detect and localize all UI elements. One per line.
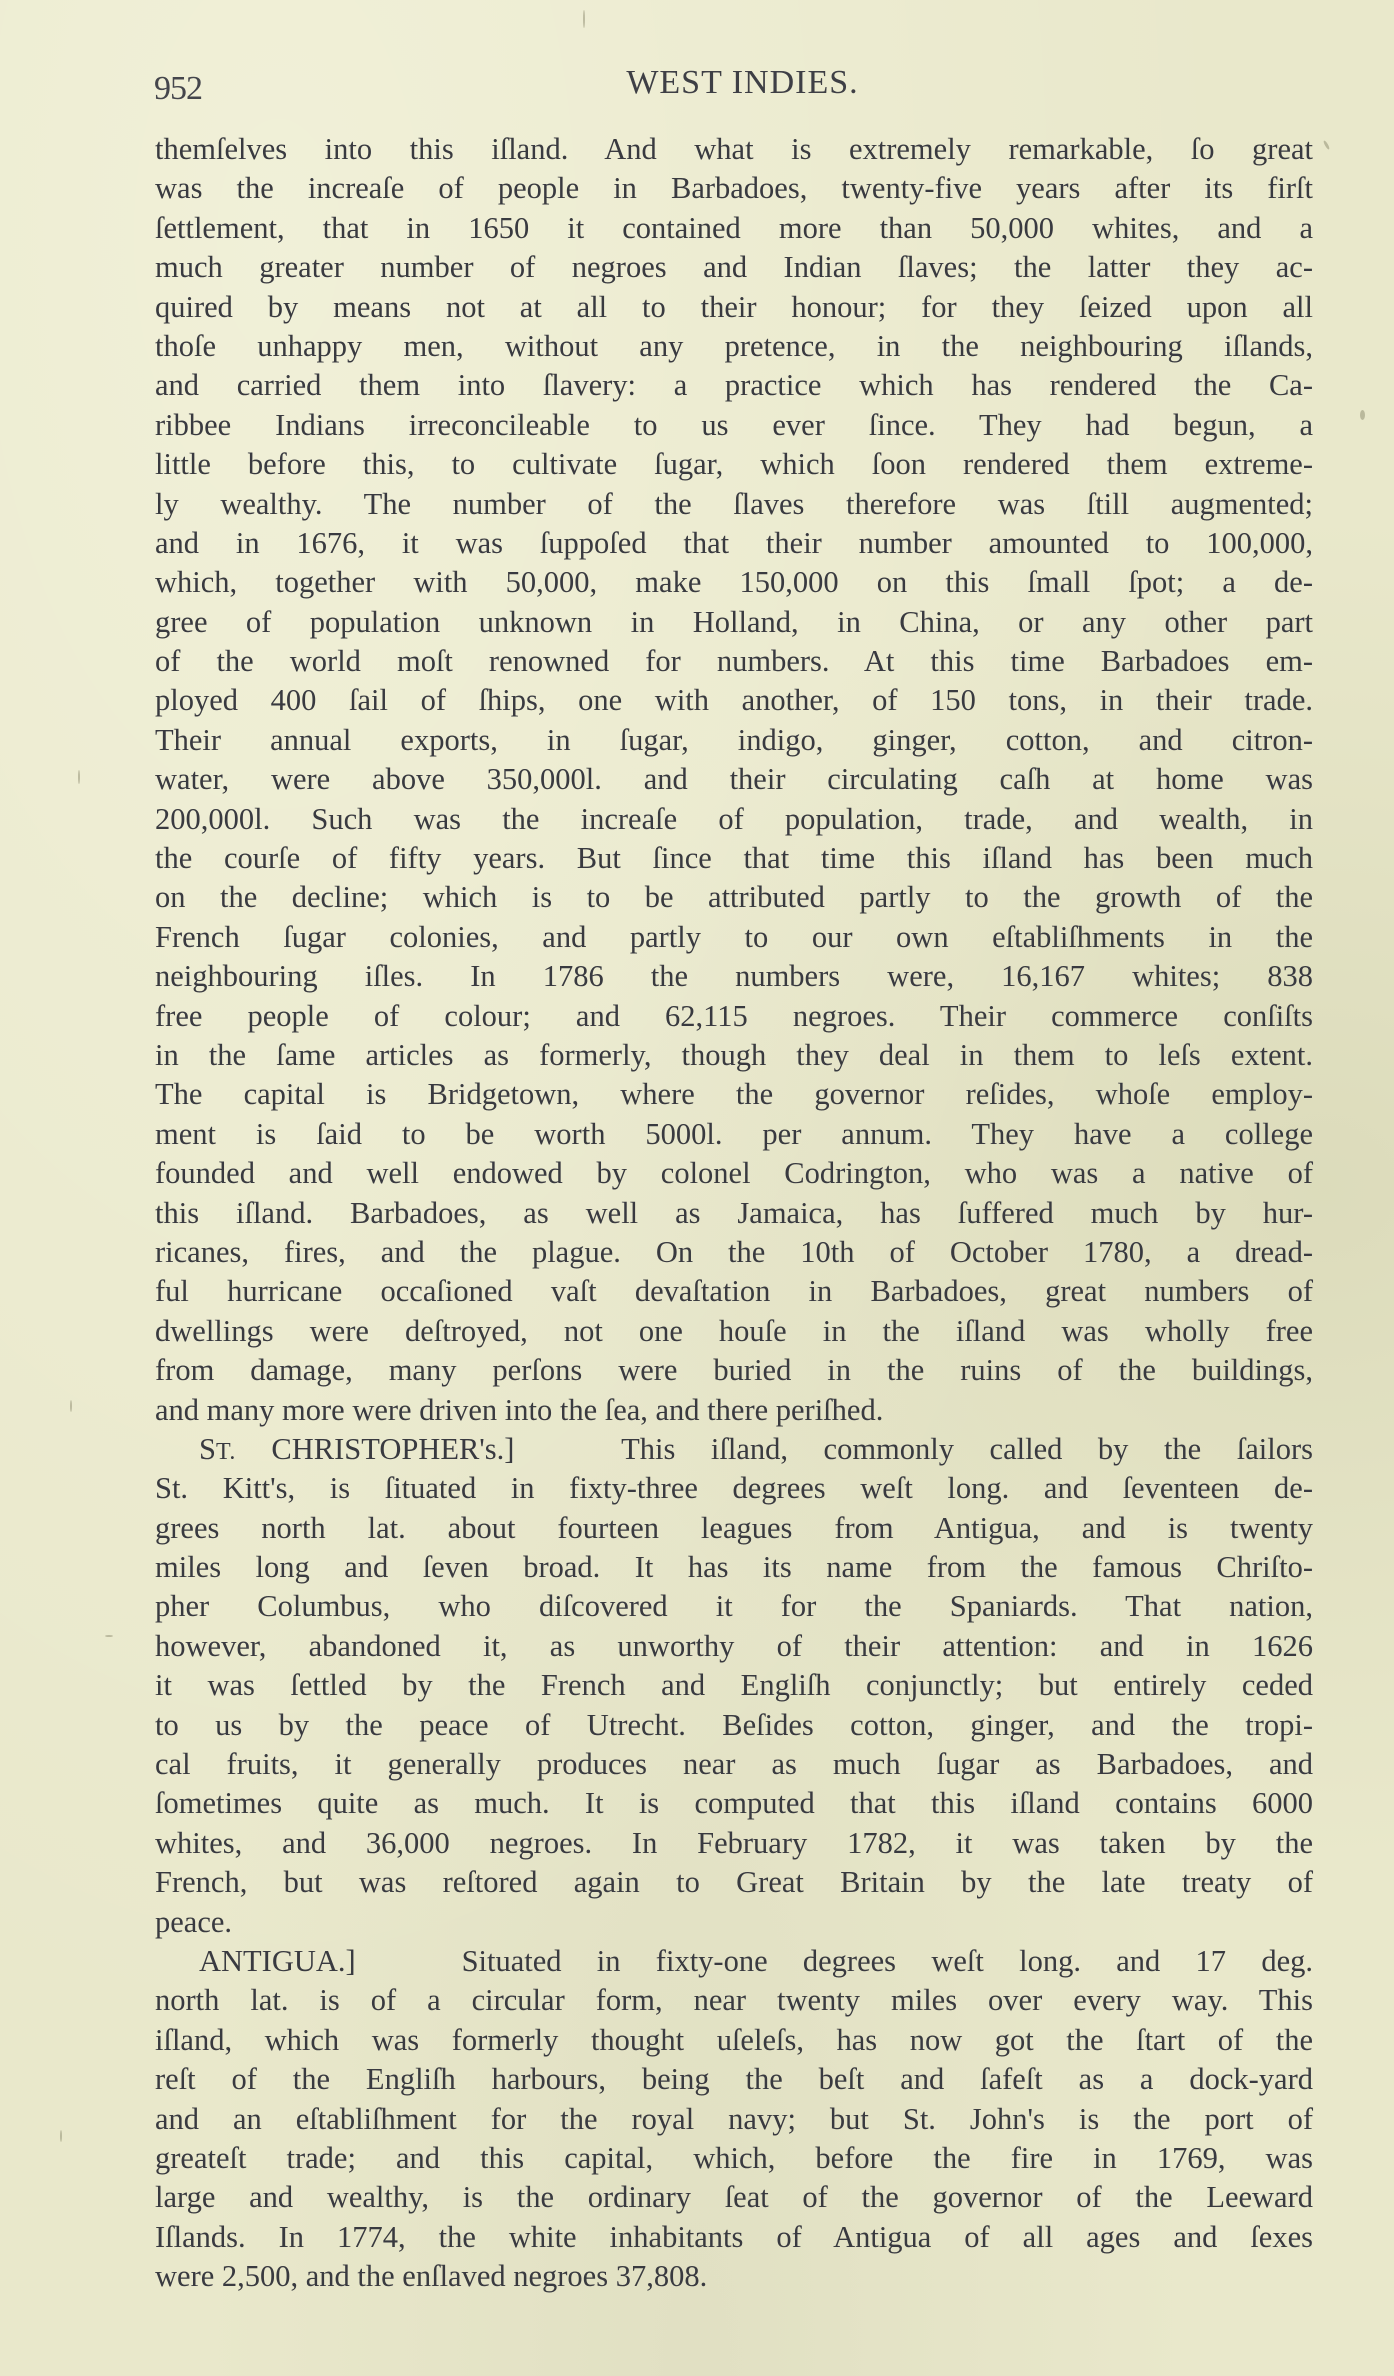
text-line: to us by the peace of Utrecht. Beſides c… xyxy=(155,1706,1313,1745)
text-line: of the world moſt renowned for numbers. … xyxy=(155,642,1313,681)
text-line: peace. xyxy=(155,1903,1313,1942)
text-line: neighbouring iſles. In 1786 the numbers … xyxy=(155,957,1313,996)
text-line: St. Kitt's, is ſituated in fixty-three d… xyxy=(155,1469,1313,1508)
text-line: ful hurricane occaſioned vaſt devaſtatio… xyxy=(155,1272,1313,1311)
text-line: 200,000l. Such was the increaſe of popul… xyxy=(155,800,1313,839)
text-line: cal fruits, it generally produces near a… xyxy=(155,1745,1313,1784)
section-heading-st-christophers: ST. CHRISTOPHER's.] xyxy=(199,1432,514,1466)
text-line: water, were above 350,000l. and their ci… xyxy=(155,760,1313,799)
text-line: founded and well endowed by colonel Codr… xyxy=(155,1154,1313,1193)
text-line: iſland, which was formerly thought uſele… xyxy=(155,2021,1313,2060)
text-line: dwellings were deſtroyed, not one houſe … xyxy=(155,1312,1313,1351)
text-line: and carried them into ſlavery: a practic… xyxy=(155,366,1313,405)
text-line: and an eſtabliſhment for the royal navy;… xyxy=(155,2100,1313,2139)
text-line: pher Columbus, who diſcovered it for the… xyxy=(155,1587,1313,1626)
text-line: ricanes, fires, and the plague. On the 1… xyxy=(155,1233,1313,1272)
text-line: however, abandoned it, as unworthy of th… xyxy=(155,1627,1313,1666)
text-line: ment is ſaid to be worth 5000l. per annu… xyxy=(155,1115,1313,1154)
text-line: the courſe of fifty years. But ſince tha… xyxy=(155,839,1313,878)
text-line: ployed 400 ſail of ſhips, one with anoth… xyxy=(155,681,1313,720)
text-line: themſelves into this iſland. And what is… xyxy=(155,130,1313,169)
text-line: large and wealthy, is the ordinary ſeat … xyxy=(155,2178,1313,2217)
section-antigua-first-line: ANTIGUA.] Situated in fixty-one degrees … xyxy=(155,1942,1313,1981)
text-line: French, but was reſtored again to Great … xyxy=(155,1863,1313,1902)
text-line: free people of colour; and 62,115 negroe… xyxy=(155,997,1313,1036)
text-line: Iſlands. In 1774, the white inhabitants … xyxy=(155,2218,1313,2257)
text-line: grees north lat. about fourteen leagues … xyxy=(155,1509,1313,1548)
text-line: ſettlement, that in 1650 it contained mo… xyxy=(155,209,1313,248)
text-line: ribbee Indians irreconcileable to us eve… xyxy=(155,406,1313,445)
text-line: gree of population unknown in Holland, i… xyxy=(155,603,1313,642)
text-line: north lat. is of a circular form, near t… xyxy=(155,1981,1313,2020)
text-line: ſometimes quite as much. It is computed … xyxy=(155,1784,1313,1823)
section-st-christophers-first-line: ST. CHRISTOPHER's.] This iſland, commonl… xyxy=(155,1430,1313,1469)
text-line: quired by means not at all to their hono… xyxy=(155,288,1313,327)
text-line: miles long and ſeven broad. It has its n… xyxy=(155,1548,1313,1587)
text-line: French ſugar colonies, and partly to our… xyxy=(155,918,1313,957)
text-line: ly wealthy. The number of the ſlaves the… xyxy=(155,485,1313,524)
text-line: Their annual exports, in ſugar, indigo, … xyxy=(155,721,1313,760)
section-heading-antigua: ANTIGUA.] xyxy=(199,1944,356,1978)
running-title: WEST INDIES. xyxy=(150,64,1315,102)
text-line: little before this, to cultivate ſugar, … xyxy=(155,445,1313,484)
text-line: The capital is Bridgetown, where the gov… xyxy=(155,1075,1313,1114)
text-line: it was ſettled by the French and Engliſh… xyxy=(155,1666,1313,1705)
text-line: thoſe unhappy men, without any pretence,… xyxy=(155,327,1313,366)
text-line: which, together with 50,000, make 150,00… xyxy=(155,563,1313,602)
text-line: on the decline; which is to be attribute… xyxy=(155,878,1313,917)
text-line: greateſt trade; and this capital, which,… xyxy=(155,2139,1313,2178)
text-line: much greater number of negroes and India… xyxy=(155,248,1313,287)
text-line: in the ſame articles as formerly, though… xyxy=(155,1036,1313,1075)
text-line: and many more were driven into the ſea, … xyxy=(155,1391,1313,1430)
text-line: whites, and 36,000 negroes. In February … xyxy=(155,1824,1313,1863)
body-text: themſelves into this iſland. And what is… xyxy=(155,130,1313,2296)
text-line: and in 1676, it was ſuppoſed that their … xyxy=(155,524,1313,563)
running-head: 952 WEST INDIES. xyxy=(150,58,1315,108)
text-line: from damage, many perſons were buried in… xyxy=(155,1351,1313,1390)
text-line: this iſland. Barbadoes, as well as Jamai… xyxy=(155,1194,1313,1233)
text-line: were 2,500, and the enſlaved negroes 37,… xyxy=(155,2257,1313,2296)
text-line: reſt of the Engliſh harbours, being the … xyxy=(155,2060,1313,2099)
book-page: 952 WEST INDIES. themſelves into this iſ… xyxy=(0,0,1394,2376)
text-line: was the increaſe of people in Barbadoes,… xyxy=(155,169,1313,208)
